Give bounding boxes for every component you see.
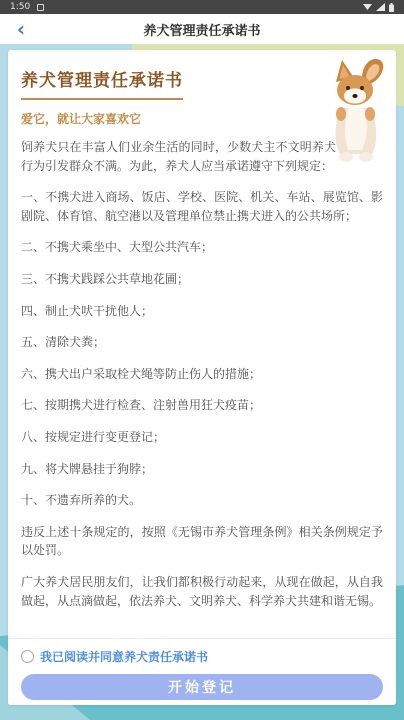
agree-row[interactable]: 我已阅读并同意养犬责任承诺书 <box>21 648 383 665</box>
battery-icon <box>389 3 394 12</box>
status-bar: 1:50 <box>0 0 404 14</box>
rule-item: 二、不携犬乘坐中、大型公共汽车； <box>21 238 383 257</box>
page-title: 养犬管理责任承诺书 <box>143 20 260 39</box>
app-screen: 1:50 ‹ 养犬管理责任承诺书 养犬管理责任承诺书 <box>0 0 404 720</box>
rule-item: 六、携犬出户采取栓犬绳等防止伤人的措施； <box>21 365 383 384</box>
commitment-card: 养犬管理责任承诺书 爱它，就让大家喜欢它 饲养犬只在丰富人们业余生活的同时，少数… <box>8 50 396 705</box>
card-title: 养犬管理责任承诺书 <box>21 66 183 100</box>
wifi-icon <box>363 3 372 11</box>
notification-icon <box>37 4 44 11</box>
intro-paragraph: 饲养犬只在丰富人们业余生活的同时，少数犬主不文明养犬行为引发群众不满。为此，养犬… <box>21 138 336 175</box>
closing-paragraph: 广大养犬居民朋友们，让我们都积极行动起来，从现在做起，从自我做起，从点滴做起，依… <box>21 573 383 610</box>
divider <box>8 638 396 639</box>
rule-item: 七、按期携犬进行检查、注射兽用狂犬疫苗； <box>21 396 383 415</box>
penalty-paragraph: 违反上述十条规定的，按照《无锡市养犬管理条例》相关条例规定予以处罚。 <box>21 523 383 560</box>
status-time: 1:50 <box>10 2 30 12</box>
corgi-dog-image <box>322 56 392 168</box>
agree-label: 我已阅读并同意养犬责任承诺书 <box>40 648 208 665</box>
rule-item: 一、不携犬进入商场、饭店、学校、医院、机关、车站、展览馆、影剧院、体育馆、航空港… <box>21 188 383 225</box>
rule-item: 三、不携犬践踩公共草地花圃； <box>21 270 383 289</box>
signal-icon <box>376 3 385 11</box>
rule-item: 四、制止犬吠干扰他人； <box>21 302 383 321</box>
rule-item: 八、按规定进行变更登记； <box>21 428 383 447</box>
nav-bar: ‹ 养犬管理责任承诺书 <box>0 14 404 44</box>
rule-item: 十、不遗弃所养的犬。 <box>21 491 383 510</box>
card-footer: 我已阅读并同意养犬责任承诺书 开始登记 <box>8 638 396 705</box>
submit-label: 开始登记 <box>168 677 236 697</box>
rule-item: 九、将犬牌悬挂于狗脖； <box>21 460 383 479</box>
back-button[interactable]: ‹ <box>8 14 34 44</box>
start-registration-button[interactable]: 开始登记 <box>21 674 383 700</box>
rule-item: 五、清除犬粪； <box>21 333 383 352</box>
content-area: 养犬管理责任承诺书 爱它，就让大家喜欢它 饲养犬只在丰富人们业余生活的同时，少数… <box>0 44 404 720</box>
rules-list: 一、不携犬进入商场、饭店、学校、医院、机关、车站、展览馆、影剧院、体育馆、航空港… <box>21 188 383 510</box>
agree-checkbox[interactable] <box>21 650 34 663</box>
